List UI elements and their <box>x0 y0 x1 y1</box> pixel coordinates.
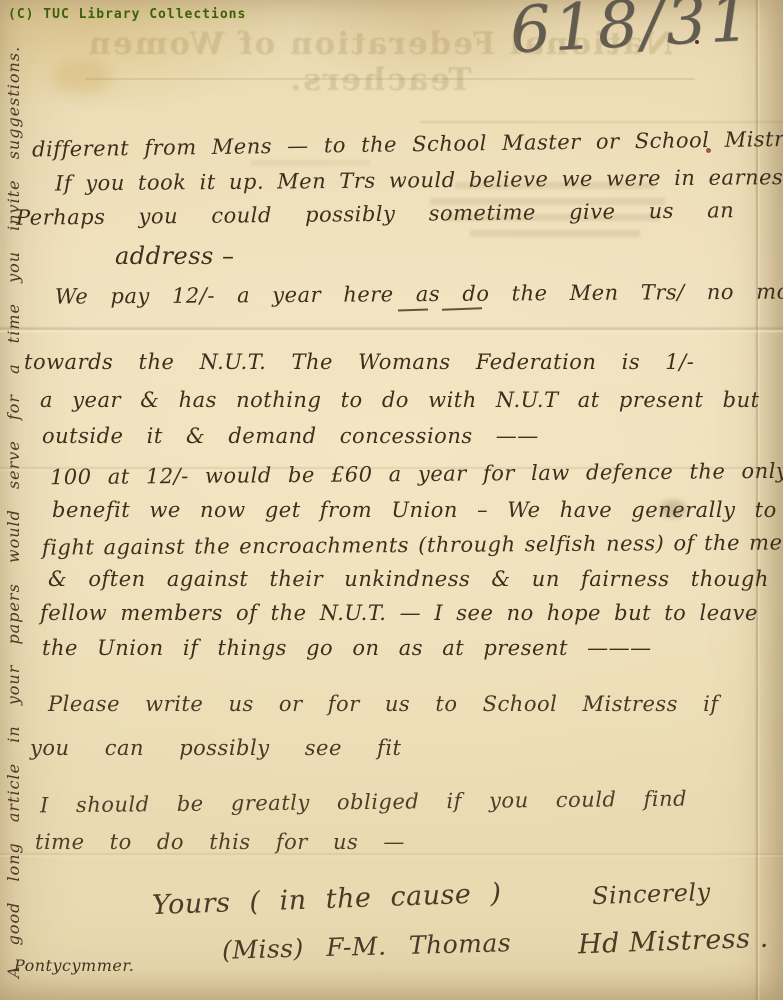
letter-line: & often against their unkindness & un fa… <box>48 567 769 591</box>
letter-line: We pay 12/- a year here as do the Men Tr… <box>55 279 783 308</box>
letter-line: outside it & demand concessions —— <box>42 424 539 448</box>
ghost-showthrough-text <box>470 230 640 237</box>
letter-line: fellow members of the N.U.T. — I see no … <box>40 601 758 625</box>
underline-emphasis <box>398 308 428 311</box>
letter-line: the Union if things go on as at present … <box>42 636 652 660</box>
letter-line: Please write us or for us to School Mist… <box>48 692 719 716</box>
letter-line: towards the N.U.T. The Womans Federation… <box>24 350 694 374</box>
horizontal-fold-crease <box>0 326 783 333</box>
signature-name: (Miss) F-M. Thomas <box>222 928 512 965</box>
copyright-watermark: (C) TUC Library Collections <box>8 7 246 22</box>
underline-emphasis <box>442 307 482 310</box>
signature-role: Hd Mistress . <box>578 923 770 961</box>
ghost-letterhead-showthrough: National Federation of Women Teachers. <box>0 26 760 98</box>
margin-note-vertical: A good long article in your papers would… <box>4 78 23 978</box>
letter-line: If you took it up. Men Trs would believe… <box>55 165 783 196</box>
letter-scan: (C) TUC Library Collections 618/31 Natio… <box>0 0 783 1000</box>
letter-line: Perhaps you could possibly sometime give… <box>16 198 734 230</box>
closing-word: Sincerely <box>592 878 712 910</box>
letter-line: time to do this for us — <box>35 830 405 854</box>
letter-line: a year & has nothing to do with N.U.T at… <box>40 388 760 412</box>
valediction: Yours ( in the cause ) <box>152 878 502 921</box>
ghost-showthrough-text <box>250 160 370 166</box>
letter-line: I should be greatly obliged if you could… <box>40 787 687 818</box>
letter-line: different from Mens — to the School Mast… <box>32 126 783 161</box>
ghost-letterhead-rule <box>85 78 695 80</box>
letter-line: address – <box>115 242 234 270</box>
letter-line: you can possibly see fit <box>30 736 401 760</box>
letter-line: 100 at 12/- would be £60 a year for law … <box>50 459 783 489</box>
horizontal-fold-crease <box>420 120 783 124</box>
place-name: Pontycymmer. <box>14 956 134 975</box>
letter-line: benefit we now get from Union – We have … <box>52 498 777 522</box>
letter-line: fight against the encroachments (through… <box>42 530 783 559</box>
